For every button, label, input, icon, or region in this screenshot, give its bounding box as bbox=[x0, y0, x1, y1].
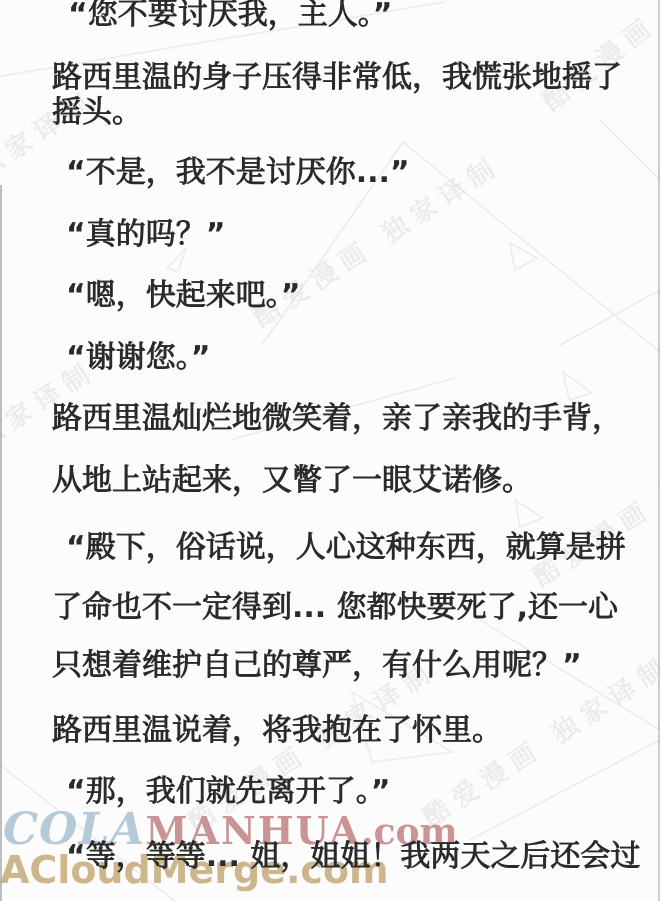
manhua-text-page: 酷爱漫画 独家译制 酷爱漫画 独家译制 酷爱漫画 独家译制 酷爱漫画 独家译制 … bbox=[0, 0, 660, 901]
text-line: “殿下，俗话说，人心这种东西，就算是拼 bbox=[66, 531, 626, 565]
text-line: 路西里温灿烂地微笑着，亲了亲我的手背， bbox=[52, 402, 622, 436]
text-line: “谢谢您。” bbox=[66, 341, 210, 375]
text-line: 路西里温的身子压得非常低，我慌张地摇了 bbox=[52, 61, 622, 95]
text-line: “您不要讨厌我，主人。” bbox=[68, 0, 392, 32]
text-line: 从地上站起来，又瞥了一眼艾诺修。 bbox=[52, 464, 532, 498]
text-line: “真的吗？” bbox=[66, 218, 225, 252]
text-line: 路西里温说着，将我抱在了怀里。 bbox=[52, 714, 502, 748]
text-line: “不是，我不是讨厌你...” bbox=[66, 156, 410, 190]
crease-lines-decoration bbox=[0, 0, 660, 901]
text-line: “等，等等... 姐，姐姐！我两天之后还会过 bbox=[66, 840, 640, 874]
text-line: 只想着维护自己的尊严，有什么用呢？” bbox=[52, 649, 582, 683]
text-line: 了命也不一定得到... 您都快要死了,还一心 bbox=[52, 591, 618, 625]
text-line: “那，我们就先离开了。” bbox=[66, 775, 390, 809]
text-line: “嗯，快起来吧。” bbox=[66, 279, 300, 313]
text-line: 摇头。 bbox=[52, 96, 142, 130]
